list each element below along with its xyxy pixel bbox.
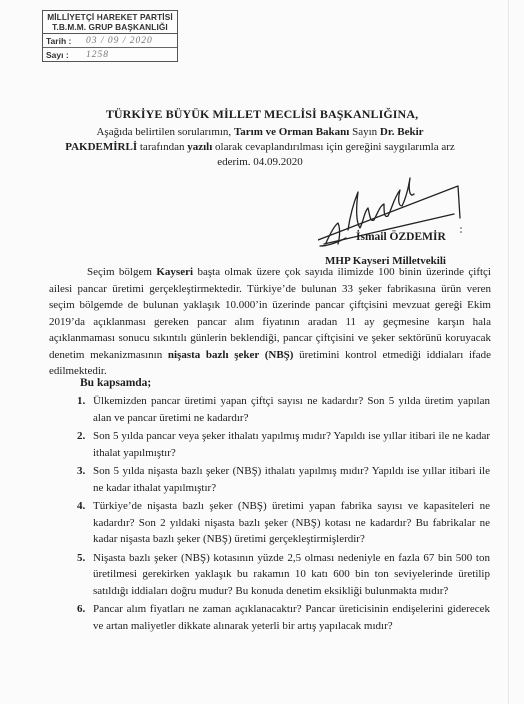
question-text: Nişasta bazlı şeker (NBŞ) kotasının yüzd… <box>93 550 490 600</box>
document-title: TÜRKİYE BÜYÜK MİLLET MECLİSİ BAŞKANLIĞIN… <box>0 107 524 122</box>
signer-name: İsmail ÖZDEMİR <box>356 231 446 243</box>
question-number: 2. <box>77 428 93 461</box>
body-text: başta olmak üzere çok sayıda ilimizde 10… <box>49 266 491 361</box>
question-item: 6.Pancar alım fiyatları ne zaman açıklan… <box>77 601 490 634</box>
stamp-number-value: 1258 <box>86 50 109 60</box>
question-text: Pancar alım fiyatları ne zaman açıklanac… <box>93 601 490 634</box>
nbs-term: nişasta bazlı şeker (NBŞ) <box>168 349 294 361</box>
stamp-number-label: Sayı : <box>43 50 86 60</box>
stamp-number-row: Sayı : 1258 <box>43 47 177 61</box>
question-number: 6. <box>77 601 93 634</box>
question-number: 3. <box>77 463 93 496</box>
intro-text: olarak cevaplandırılması için gereğini s… <box>212 141 455 168</box>
region-name: Kayseri <box>156 266 193 278</box>
question-text: Ülkemizden pancar üretimi yapan çiftçi s… <box>93 393 490 426</box>
question-number: 5. <box>77 550 93 600</box>
intro-text: Aşağıda belirtilen sorularımın, <box>96 126 233 138</box>
intro-text: Sayın <box>349 126 380 138</box>
question-text: Son 5 yılda nişasta bazlı şeker (NBŞ) it… <box>93 463 490 496</box>
questions-list: 1.Ülkemizden pancar üretimi yapan çiftçi… <box>77 393 490 636</box>
question-text: Son 5 yılda pancar veya şeker ithalatı y… <box>93 428 490 461</box>
question-item: 1.Ülkemizden pancar üretimi yapan çiftçi… <box>77 393 490 426</box>
questions-lead: Bu kapsamda; <box>80 377 151 389</box>
stamp-date-row: Tarih : 03 / 09 / 2020 <box>43 34 177 47</box>
question-text: Türkiye’de nişasta bazlı şeker (NBŞ) üre… <box>93 498 490 548</box>
ministry-name: Tarım ve Orman Bakanı <box>234 126 349 138</box>
stamp-organization: MİLLİYETÇİ HAREKET PARTİSİ T.B.M.M. GRUP… <box>43 11 177 34</box>
page-edge-line <box>508 0 509 704</box>
question-item: 3.Son 5 yılda nişasta bazlı şeker (NBŞ) … <box>77 463 490 496</box>
written-keyword: yazılı <box>187 141 212 153</box>
stamp-date-value: 03 / 09 / 2020 <box>86 36 153 46</box>
question-item: 5.Nişasta bazlı şeker (NBŞ) kotasının yü… <box>77 550 490 600</box>
stamp-org-line2: T.B.M.M. GRUP BAŞKANLIĞI <box>43 22 177 32</box>
stamp-date-label: Tarih : <box>43 36 86 46</box>
intro-paragraph: Aşağıda belirtilen sorularımın, Tarım ve… <box>60 125 460 170</box>
question-number: 1. <box>77 393 93 426</box>
stamp-org-line1: MİLLİYETÇİ HAREKET PARTİSİ <box>43 12 177 22</box>
body-text: Seçim bölgem <box>87 266 156 278</box>
incoming-stamp: MİLLİYETÇİ HAREKET PARTİSİ T.B.M.M. GRUP… <box>42 10 178 62</box>
body-paragraph: Seçim bölgem Kayseri başta olmak üzere ç… <box>49 264 491 380</box>
question-item: 4.Türkiye’de nişasta bazlı şeker (NBŞ) ü… <box>77 498 490 548</box>
question-item: 2.Son 5 yılda pancar veya şeker ithalatı… <box>77 428 490 461</box>
question-number: 4. <box>77 498 93 548</box>
intro-text: tarafından <box>137 141 187 153</box>
